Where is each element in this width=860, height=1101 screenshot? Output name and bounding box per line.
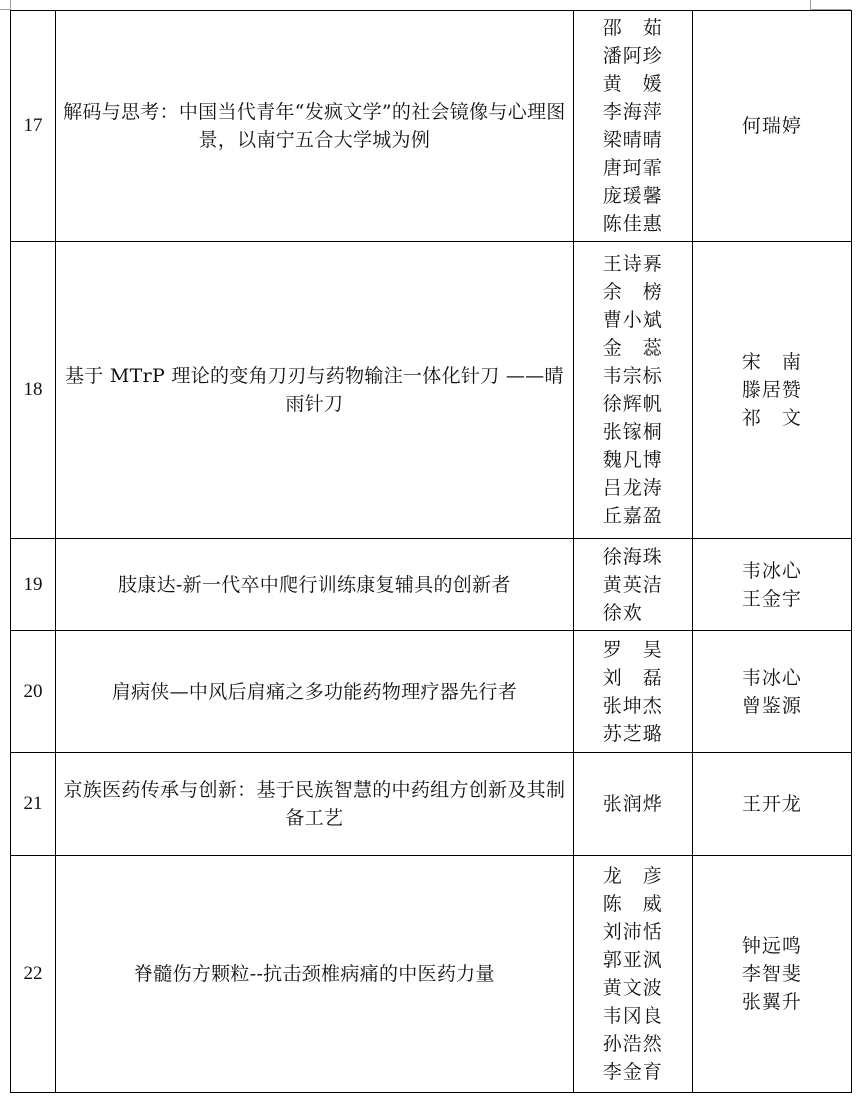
team-member-name: 韦宗标 <box>603 362 663 390</box>
team-member-name: 潘阿珍 <box>603 42 663 70</box>
advisor-name: 钟远鸣 <box>742 932 802 960</box>
team-member-name: 陈 威 <box>603 890 663 918</box>
table-row: 18 基于 MTrP 理论的变角刀刃与药物输注一体化针刀 ——晴雨针刀 王诗奡余… <box>11 242 852 539</box>
advisors-list: 何瑞婷 <box>742 112 802 140</box>
advisors-cell: 王开龙 <box>692 753 851 856</box>
advisor-name: 王金宇 <box>742 585 802 613</box>
team-member-name: 孙浩然 <box>603 1030 663 1058</box>
advisors-list: 王开龙 <box>742 790 802 818</box>
project-number-cell: 19 <box>11 539 56 631</box>
team-member-name: 余 榜 <box>603 278 663 306</box>
advisors-list: 宋 南滕居赞祁 文 <box>742 348 802 432</box>
team-member-name: 李海萍 <box>603 98 663 126</box>
advisor-name: 祁 文 <box>742 404 802 432</box>
project-number-cell: 17 <box>11 11 56 242</box>
team-member-name: 张润烨 <box>603 790 663 818</box>
team-member-name: 徐辉帆 <box>603 390 663 418</box>
team-member-name: 吕龙涛 <box>603 474 663 502</box>
team-member-name: 庞瑗馨 <box>603 182 663 210</box>
page-corner-mark-right <box>810 0 851 10</box>
team-member-name: 曹小斌 <box>603 306 663 334</box>
team-member-name: 张坤杰 <box>603 692 663 720</box>
team-member-name: 徐海珠 <box>603 543 663 571</box>
team-member-name: 徐欢 <box>603 599 663 627</box>
team-members-cell: 徐海珠黄英洁徐欢 <box>573 539 692 631</box>
table-row: 17 解码与思考：中国当代青年“发疯文学”的社会镜像与心理图景，以南宁五合大学城… <box>11 11 852 242</box>
team-members-cell: 王诗奡余 榜曹小斌金 蕊韦宗标徐辉帆张镓桐魏凡博吕龙涛丘嘉盈 <box>573 242 692 539</box>
team-member-name: 梁晴晴 <box>603 126 663 154</box>
project-title-cell: 脊髓伤方颗粒--抗击颈椎病痛的中医药力量 <box>56 856 574 1093</box>
team-member-name: 陈佳惠 <box>603 210 663 238</box>
team-member-name: 丘嘉盈 <box>603 502 663 530</box>
advisor-name: 王开龙 <box>742 790 802 818</box>
advisors-list: 韦冰心王金宇 <box>742 557 802 613</box>
team-member-name: 黄英洁 <box>603 571 663 599</box>
team-member-name: 郭亚沨 <box>603 946 663 974</box>
project-number-cell: 18 <box>11 242 56 539</box>
project-number-cell: 20 <box>11 631 56 753</box>
team-member-name: 黄文波 <box>603 974 663 1002</box>
advisor-name: 张翼升 <box>742 988 802 1016</box>
table-body: 17 解码与思考：中国当代青年“发疯文学”的社会镜像与心理图景，以南宁五合大学城… <box>11 11 852 1093</box>
team-members-list: 龙 彦陈 威刘沛恬郭亚沨黄文波韦冈良孙浩然李金育 <box>603 862 663 1086</box>
team-members-list: 邵 茹潘阿珍黄 媛李海萍梁晴晴唐珂霏庞瑗馨陈佳惠 <box>603 14 663 238</box>
advisors-cell: 钟远鸣李智斐张翼升 <box>692 856 851 1093</box>
advisor-name: 韦冰心 <box>742 557 802 585</box>
team-member-name: 罗 昊 <box>603 636 663 664</box>
advisor-name: 韦冰心 <box>742 664 802 692</box>
team-member-name: 金 蕊 <box>603 334 663 362</box>
project-number-cell: 21 <box>11 753 56 856</box>
table-row: 21 京族医药传承与创新：基于民族智慧的中药组方创新及其制备工艺 张润烨 王开龙 <box>11 753 852 856</box>
page-corner-mark-left <box>0 0 11 10</box>
team-member-name: 刘 磊 <box>603 664 663 692</box>
team-member-name: 龙 彦 <box>603 862 663 890</box>
team-member-name: 刘沛恬 <box>603 918 663 946</box>
project-title-cell: 基于 MTrP 理论的变角刀刃与药物输注一体化针刀 ——晴雨针刀 <box>56 242 574 539</box>
team-members-cell: 龙 彦陈 威刘沛恬郭亚沨黄文波韦冈良孙浩然李金育 <box>573 856 692 1093</box>
team-members-list: 张润烨 <box>603 790 663 818</box>
team-members-list: 罗 昊刘 磊张坤杰苏芝璐 <box>603 636 663 748</box>
project-title-cell: 肢康达-新一代卒中爬行训练康复辅具的创新者 <box>56 539 574 631</box>
team-member-name: 张镓桐 <box>603 418 663 446</box>
team-member-name: 唐珂霏 <box>603 154 663 182</box>
advisor-name: 李智斐 <box>742 960 802 988</box>
advisors-list: 韦冰心曾鉴源 <box>742 664 802 720</box>
table-row: 20 肩病侠—中风后肩痛之多功能药物理疗器先行者 罗 昊刘 磊张坤杰苏芝璐 韦冰… <box>11 631 852 753</box>
team-members-cell: 邵 茹潘阿珍黄 媛李海萍梁晴晴唐珂霏庞瑗馨陈佳惠 <box>573 11 692 242</box>
project-number-cell: 22 <box>11 856 56 1093</box>
project-title-cell: 京族医药传承与创新：基于民族智慧的中药组方创新及其制备工艺 <box>56 753 574 856</box>
advisors-cell: 宋 南滕居赞祁 文 <box>692 242 851 539</box>
team-member-name: 王诗奡 <box>603 250 663 278</box>
project-title-cell: 解码与思考：中国当代青年“发疯文学”的社会镜像与心理图景，以南宁五合大学城为例 <box>56 11 574 242</box>
advisor-name: 曾鉴源 <box>742 692 802 720</box>
advisor-name: 宋 南 <box>742 348 802 376</box>
team-member-name: 苏芝璐 <box>603 720 663 748</box>
team-member-name: 韦冈良 <box>603 1002 663 1030</box>
advisors-cell: 何瑞婷 <box>692 11 851 242</box>
team-member-name: 魏凡博 <box>603 446 663 474</box>
advisors-list: 钟远鸣李智斐张翼升 <box>742 932 802 1016</box>
advisor-name: 滕居赞 <box>742 376 802 404</box>
team-member-name: 李金育 <box>603 1058 663 1086</box>
advisor-name: 何瑞婷 <box>742 112 802 140</box>
project-title-cell: 肩病侠—中风后肩痛之多功能药物理疗器先行者 <box>56 631 574 753</box>
team-member-name: 黄 媛 <box>603 70 663 98</box>
project-table: 17 解码与思考：中国当代青年“发疯文学”的社会镜像与心理图景，以南宁五合大学城… <box>10 10 852 1093</box>
advisors-cell: 韦冰心曾鉴源 <box>692 631 851 753</box>
team-members-list: 徐海珠黄英洁徐欢 <box>603 543 663 627</box>
team-members-list: 王诗奡余 榜曹小斌金 蕊韦宗标徐辉帆张镓桐魏凡博吕龙涛丘嘉盈 <box>603 250 663 530</box>
advisors-cell: 韦冰心王金宇 <box>692 539 851 631</box>
team-members-cell: 张润烨 <box>573 753 692 856</box>
table-row: 22 脊髓伤方颗粒--抗击颈椎病痛的中医药力量 龙 彦陈 威刘沛恬郭亚沨黄文波韦… <box>11 856 852 1093</box>
team-member-name: 邵 茹 <box>603 14 663 42</box>
team-members-cell: 罗 昊刘 磊张坤杰苏芝璐 <box>573 631 692 753</box>
table-row: 19 肢康达-新一代卒中爬行训练康复辅具的创新者 徐海珠黄英洁徐欢 韦冰心王金宇 <box>11 539 852 631</box>
